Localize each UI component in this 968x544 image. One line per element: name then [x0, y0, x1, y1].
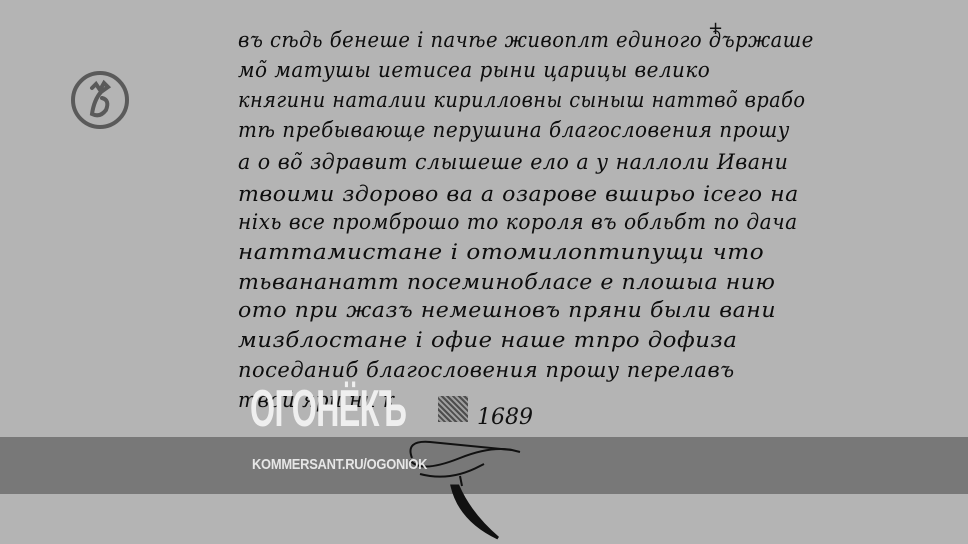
manuscript-line: княгини наталии кирилловны сыныш наттво̃…: [238, 88, 805, 112]
manuscript-line: тѣ пребывающе перушина благословения про…: [238, 118, 790, 142]
publication-url-link[interactable]: KOMMERSANT.RU/OGONIOK: [252, 456, 427, 473]
manuscript-date: 1689: [477, 405, 533, 430]
kommersant-logo-icon: [70, 70, 130, 130]
signature-flourish-icon: [400, 430, 540, 540]
manuscript-line: ото при жазъ немешновъ пряни были вани: [238, 298, 776, 322]
manuscript-line: а о во̃ здравит слышеше ело а у наллоли …: [238, 150, 788, 174]
manuscript-line: въ сѣдь бенеше і пачѣе живоплт единого д…: [238, 28, 814, 52]
manuscript-line: наттамистане і отомилоптипущи что: [238, 240, 764, 264]
manuscript-line: мо̃ матушы иетисеа рыни царицы велико: [238, 58, 710, 82]
manuscript-line: поседаниб благословения прошу перелавъ: [238, 358, 735, 382]
ogonek-wordmark: ОГОНЁКЪ: [250, 380, 406, 438]
manuscript-line: мизблостане і офие наше тпро дофиза: [238, 328, 737, 352]
manuscript-image: + въ сѣдь бенеше і пачѣе живоплт единого…: [0, 0, 968, 544]
manuscript-line: тьвананатт посеминобласе е плошыа нию: [238, 270, 775, 294]
seal-stamp: [438, 396, 468, 422]
manuscript-line: ніхь все промброшо то короля въ обльбт п…: [238, 210, 798, 234]
manuscript-line: твоими здорово ва а озарове вширьо ісего…: [238, 182, 799, 206]
